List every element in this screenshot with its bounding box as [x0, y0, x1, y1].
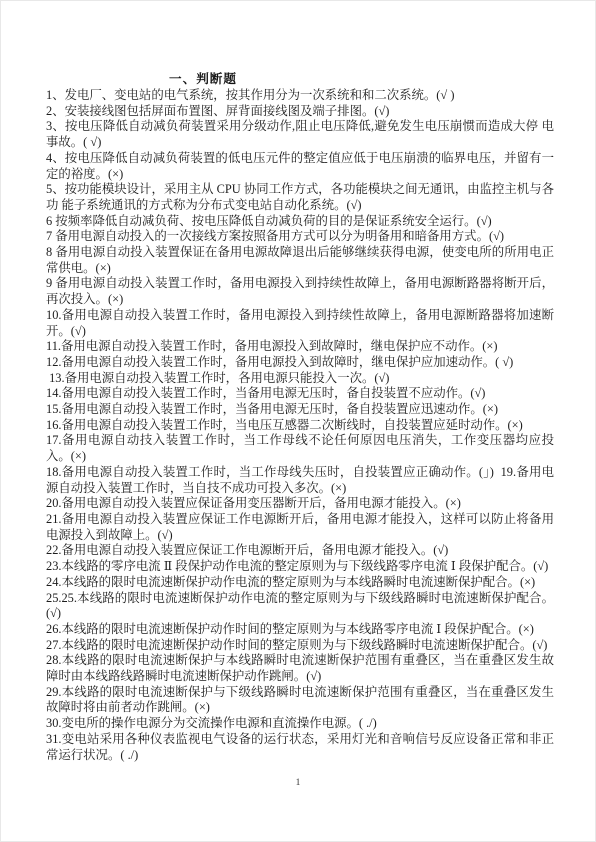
question-item-23: 23.本线路的零序电流 Ⅱ 段保护动作电流的整定原则为与下级线路零序电流 Ⅰ 段…	[46, 559, 554, 575]
question-item-14: 14.备用电源自动投入装置工作时，当备用电源无压时，备自投装置不应动作。(√)	[46, 386, 554, 402]
question-item-4: 4、按电压降低自动减负荷装置的低电压元件的整定值应低于电压崩溃的临界电压，并留有…	[46, 151, 554, 182]
question-item-13: 13.备用电源自动投入装置工作时，各用电源只能投入一次。(√)	[46, 371, 554, 387]
question-item-28: 28.本线路的限时电流速断保护与本线路瞬时电流速断保护范围有重叠区，当在重叠区发…	[46, 653, 554, 684]
question-item-27: 27.本线路的限时电流速断保护动作时间的整定原则为与下级线路瞬时电流速断保护配合…	[46, 638, 554, 654]
question-item-15: 15.备用电源自动投入装置工作时，当备用电源无压时，备自投装置应迅速动作。(×)	[46, 402, 554, 418]
question-item-31: 31.变电站采用各种仪表监视电气设备的运行状态，采用灯光和音响信号反应设备正常和…	[46, 732, 554, 763]
question-item-20: 20.备用电源自动投入装置应保证备用变压器断开后，备用电源才能投入。(×)	[46, 496, 554, 512]
question-item-22: 22.备用电源自动投入装置应保证工作电源断开后，备用电源才能投入。(√)	[46, 543, 554, 559]
page-number: 1	[1, 778, 595, 788]
question-item-30: 30.变电所的操作电源分为交流操作电源和直流操作电源。( ./)	[46, 716, 554, 732]
document-body: 一、判断题 1、发电厂、变电站的电气系统，按其作用分为一次系统和和二次系统。(√…	[46, 71, 554, 763]
question-item-29: 29.本线路的限时电流速断保护与下级线路瞬时电流速断保护范围有重叠区，当在重叠区…	[46, 685, 554, 716]
question-item-7: 7 备用电源自动投入的一次接线方案按照备用方式可以分为明备用和暗备用方式。(√)	[46, 229, 554, 245]
question-item-8: 8 备用电源自动投入装置保证在备用电源故障退出后能够继续获得电源，使变电所的所用…	[46, 245, 554, 276]
question-item-21: 21.备用电源自动投入装置应保证工作电源断开后，备用电源才能投入，这样可以防止将…	[46, 512, 554, 543]
question-item-3: 3、按电压降低自动减负荷装置采用分级动作,阻止电压降低,避免发生电压崩惯而造成大…	[46, 119, 554, 150]
question-item-1: 1、发电厂、变电站的电气系统，按其作用分为一次系统和和二次系统。(√ )	[46, 88, 554, 104]
question-item-26: 26.本线路的限时电流速断保护动作时间的整定原则为与本线路零序电流 Ⅰ 段保护配…	[46, 622, 554, 638]
document-page: 一、判断题 1、发电厂、变电站的电气系统，按其作用分为一次系统和和二次系统。(√…	[0, 0, 596, 842]
question-item-24: 24.本线路的限时电流速断保护动作电流的整定原则为与本线路瞬时电流速断保护配合。…	[46, 575, 554, 591]
question-item-10: 10.备用电源自动投入装置工作时，备用电源投入到持续性故障上，备用电源断路器将加…	[46, 308, 554, 339]
question-item-2: 2、安装接线图包括屏面布置图、屏背面接线图及端子排图。(√)	[46, 104, 554, 120]
question-item-9: 9 备用电源自动投入装置工作时，备用电源投入到持续性故障上，备用电源断路器将断开…	[46, 276, 554, 307]
question-item-5: 5、按功能模块设计，采用主从 CPU 协同工作方式，各功能模块之间无通讯，由监控…	[46, 182, 554, 213]
question-item-6: 6 按频率降低自动减负荷、按电压降低自动减负荷的目的是保证系统安全运行。(√)	[46, 214, 554, 230]
question-item-18-19: 18.备用电源自动投入装置工作时，当工作母线失压时，自投装置应正确动作。(」) …	[46, 465, 554, 496]
section-title: 一、判断题	[169, 71, 554, 87]
question-item-11: 11.备用电源自动投入装置工作时，备用电源投入到故障时，继电保护应不动作。(×)	[46, 339, 554, 355]
question-item-16: 16.备用电源自动投入装置工作时，当电压互感器二次断线时，自投装置应延时动作。(…	[46, 418, 554, 434]
question-item-12: 12.备用电源自动投入装置工作时，备用电源投入到故障时，继电保护应加速动作。( …	[46, 355, 554, 371]
question-item-17: 17.备用电源自动技入装置工作时，当工作母线不论任何原因电压消失，工作变压器均应…	[46, 433, 554, 464]
question-item-25: 25.25.本线路的限时电流速断保护动作电流的整定原则为与下级线路瞬时电流速断保…	[46, 591, 554, 622]
